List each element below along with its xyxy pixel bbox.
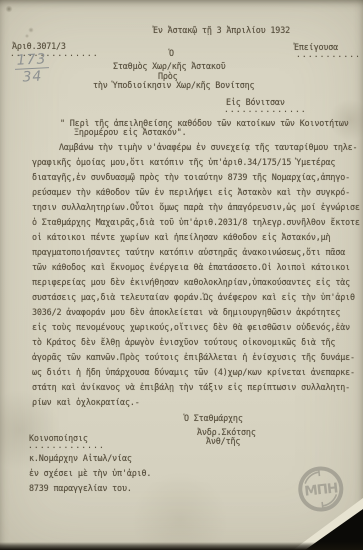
cc-line: ἐν σχέσει μὲ τὴν ὑπ'ἀριθ. xyxy=(29,466,151,481)
body-line: διαταγῆς,ἐν συνδυασμῷ πρὸς τὴν τοιαύτην … xyxy=(32,170,358,185)
body-line: γραφικῆς ὁμοίας μου,ὅτι κατόπιν τῆς ὑπ'ἀ… xyxy=(32,155,358,170)
body-line: στάτη καὶ ἀνίκανος νὰ ἐπιβάλῃ τὴν τάξιν … xyxy=(32,380,358,395)
scanned-document-photo: Ἐν Ἀστακῷ τῇ 3 Ἀπριλίου 1932 Ἀριθ.3071/3… xyxy=(0,0,363,550)
body-line: συστάσεις μας,διὰ τελευταίαν φοράν.Ὡς ἀν… xyxy=(32,290,358,305)
body-line: ρίων καὶ ὀχλοκρατίας.- xyxy=(32,395,358,410)
recipient-line: τὴν Ὑποδιοίκησιν Χωρ/κῆς Βονίτσης xyxy=(93,80,254,90)
body-line: ως διότι ἡ ἤδη ὑπάρχουσα δύναμις τῶν (4)… xyxy=(32,365,358,380)
handwritten-denominator: 34 xyxy=(15,69,50,85)
archive-stamp: ΜΠΗ xyxy=(293,462,348,521)
closing-title: Ὁ Σταθμάρχης xyxy=(184,413,243,423)
body-line: πραγματοποιήσαντες ταύτην κατόπιν αὐστηρ… xyxy=(32,245,358,260)
cc-line: 8739 παραγγελίαν του. xyxy=(29,481,151,496)
body-line: 3036/2 ἀναφοράν μου δὲν ἀποκλείεται νὰ δ… xyxy=(32,305,358,320)
body-line: ρεύσαμεν τὴν κάθοδον τῶν ἐν περιλήψει εἰ… xyxy=(32,185,358,200)
body-line: τῶν κάθοδος καὶ ἔκνομος ἐνέργεια θὰ ἐπατ… xyxy=(32,260,358,275)
body-line: περιφερείας μου δὲν ἐκινήθησαν καθολοκλη… xyxy=(32,275,358,290)
body-line: ἀγορᾶς τῶν καπνῶν.Πρὸς τούτοις ἐπιβάλλετ… xyxy=(32,350,358,365)
handwritten-numerator: 173 xyxy=(14,52,49,68)
signature-rank: Ἀνθ/τῆς xyxy=(206,436,240,446)
body-line: τὸ Κράτος δὲν ἔλθῃ ἀρωγὸν ἐνισχῦον τούτο… xyxy=(32,335,358,350)
cc-line: κ.Νομάρχην Αἰτωλ/νίας xyxy=(29,451,151,466)
photo-bottom-edge xyxy=(0,542,363,550)
urgency-dotted-line: ........... xyxy=(296,50,361,60)
date-line: Ἐν Ἀστακῷ τῇ 3 Ἀπριλίου 1932 xyxy=(153,25,290,35)
sender-title: Σταθμὸς Χωρ/κῆς Ἀστακοῦ xyxy=(113,61,226,71)
destination-dotted-line: .............. xyxy=(224,105,307,115)
body-line: τησιν συλλαλητηρίων.Οὗτοι ὅμως παρὰ τὴν … xyxy=(32,200,358,215)
handwritten-filing-number: 173 34 xyxy=(14,52,50,85)
body-line: ὁ Σταθμάρχης Μαχαιρᾶς,διὰ τοῦ ὑπ'ἀριθ.20… xyxy=(32,215,358,230)
body-paragraph: Λαμβάνω τὴν τιμὴν ν'ἀναφέρω ἐν συνεχείᾳ … xyxy=(32,140,358,410)
sender-article: Ὁ xyxy=(169,48,174,58)
body-line: Λαμβάνω τὴν τιμὴν ν'ἀναφέρω ἐν συνεχείᾳ … xyxy=(32,140,358,155)
body-line: εἰς τοὺς πενομένους χωρικούς,οἵτινες δὲν… xyxy=(32,320,358,335)
stamp-circle-icon: ΜΠΗ xyxy=(293,462,348,517)
subject-line-2: Ξηρομέρου εἰς Ἀστακόν". xyxy=(74,127,187,137)
body-line: οἱ κάτοικοι πέντε χωρίων καὶ ἠπείλησαν κ… xyxy=(32,230,358,245)
cc-dotted-line: ............. xyxy=(28,441,105,451)
cc-lines: κ.Νομάρχην Αἰτωλ/νίαςἐν σχέσει μὲ τὴν ὑπ… xyxy=(29,451,151,496)
stamp-letters: ΜΠΗ xyxy=(304,480,339,499)
